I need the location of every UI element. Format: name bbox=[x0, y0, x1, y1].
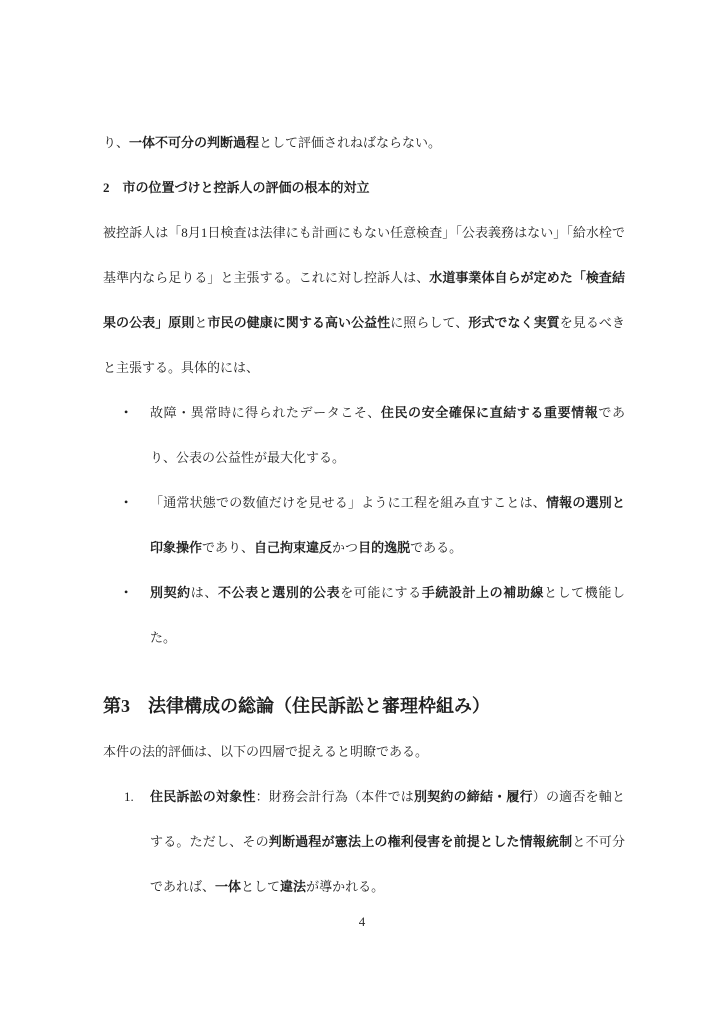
paragraph-framework: 本件の法的評価は、以下の四層で捉えると明瞭である。 bbox=[103, 729, 625, 774]
bullet-marker-icon: • bbox=[124, 480, 128, 525]
document-page: り、一体不可分の判断過程として評価されねばならない。 2 市の位置づけと控訴人の… bbox=[0, 0, 724, 1024]
item-number: 1. bbox=[124, 774, 134, 819]
numbered-item-text: 住民訴訟の対象性：財務会計行為（本件では別契約の締結・履行）の適否を軸とする。た… bbox=[150, 789, 625, 894]
section-3-heading: 第3 法律構成の総論（住民訴訟と審理枠組み） bbox=[103, 684, 625, 729]
bullet-list: • 故障・異常時に得られたデータこそ、住民の安全確保に直結する重要情報であり、公… bbox=[103, 390, 625, 660]
bullet-text: 別契約は、不公表と選別的公表を可能にする手続設計上の補助線として機能した。 bbox=[150, 585, 625, 645]
numbered-item: 1. 住民訴訟の対象性：財務会計行為（本件では別契約の締結・履行）の適否を軸とす… bbox=[103, 774, 625, 909]
bullet-text: 「通常状態での数値だけを見せる」ように工程を組み直すことは、情報の選別と印象操作… bbox=[150, 495, 625, 555]
bullet-item: • 故障・異常時に得られたデータこそ、住民の安全確保に直結する重要情報であり、公… bbox=[103, 390, 625, 480]
bullet-item: • 別契約は、不公表と選別的公表を可能にする手続設計上の補助線として機能した。 bbox=[103, 570, 625, 660]
bullet-item: • 「通常状態での数値だけを見せる」ように工程を組み直すことは、情報の選別と印象… bbox=[103, 480, 625, 570]
paragraph-intro-continuation: り、一体不可分の判断過程として評価されねばならない。 bbox=[103, 120, 625, 165]
paragraph-dispute: 被控訴人は「8月1日検査は法律にも計画にもない任意検査」「公表義務はない」「給水… bbox=[103, 210, 625, 390]
bullet-marker-icon: • bbox=[124, 570, 128, 615]
page-number: 4 bbox=[0, 912, 724, 932]
section-2-heading: 2 市の位置づけと控訴人の評価の根本的対立 bbox=[103, 165, 625, 210]
bullet-marker-icon: • bbox=[124, 390, 128, 435]
page-content: り、一体不可分の判断過程として評価されねばならない。 2 市の位置づけと控訴人の… bbox=[103, 120, 625, 909]
bullet-text: 故障・異常時に得られたデータこそ、住民の安全確保に直結する重要情報であり、公表の… bbox=[150, 405, 625, 465]
numbered-list: 1. 住民訴訟の対象性：財務会計行為（本件では別契約の締結・履行）の適否を軸とす… bbox=[103, 774, 625, 909]
